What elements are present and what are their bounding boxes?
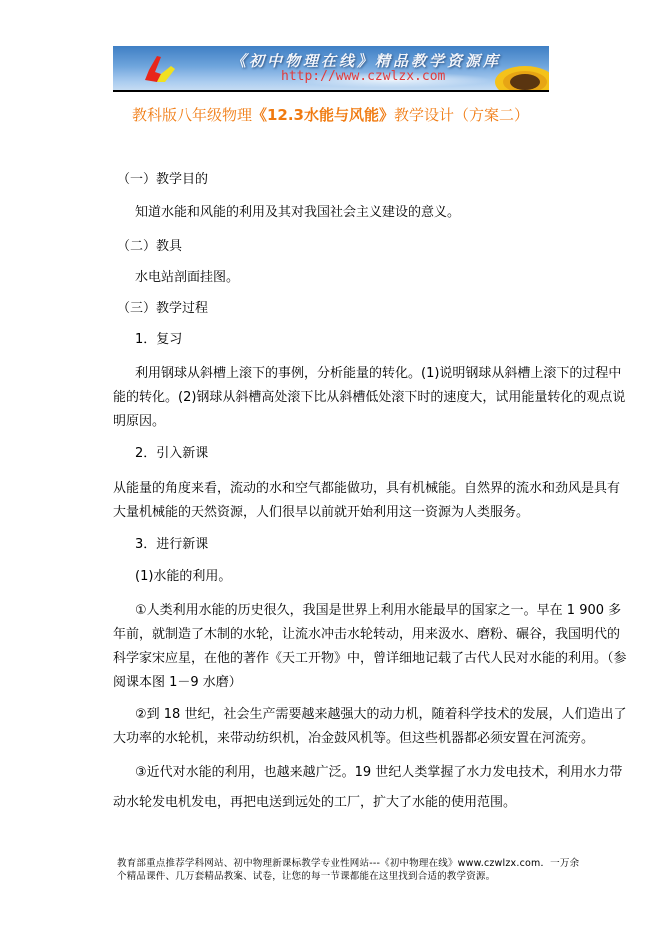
paragraph-line: ①人类利用水能的历史很久，我国是世界上利用水能最早的国家之一。早在 1 900 … — [135, 603, 621, 619]
step-label: 1．复习 — [135, 332, 182, 348]
step-label: 2．引入新课 — [135, 446, 208, 462]
cz-logo-icon — [143, 54, 183, 86]
title-suffix: 教学设计（方案二） — [394, 106, 529, 124]
title-bold: 《12.3水能与风能》 — [252, 106, 394, 124]
subheading: (1)水能的利用。 — [135, 569, 231, 585]
section-body: 知道水能和风能的利用及其对我国社会主义建设的意义。 — [135, 205, 460, 221]
paragraph-line: 利用钢球从斜槽上滚下的事例，分析能量的转化。(1)说明钢球从斜槽上滚下的过程中 — [135, 366, 621, 382]
footer-line: 教育部重点推荐学科网站、初中物理新课标教学专业性网站---《初中物理在线》www… — [117, 857, 579, 870]
header-banner: 《初中物理在线》精品教学资源库 http://www.czwlzx.com — [113, 46, 549, 90]
section-body: 水电站剖面挂图。 — [135, 270, 239, 286]
footer-line: 个精品课件、几万套精品教案、试卷，让您的每一节课都能在这里找到合适的教学资源。 — [117, 870, 495, 883]
paragraph-line: 能的转化。(2)钢球从斜槽高处滚下比从斜槽低处滚下时的速度大，试用能量转化的观点… — [113, 390, 625, 406]
paragraph-line: 阅课本图 1－9 水磨） — [113, 675, 242, 691]
section-heading: （二）教具 — [117, 239, 182, 255]
paragraph-line: 从能量的角度来看，流动的水和空气都能做功，具有机械能。自然界的流水和劲风是具有 — [113, 481, 620, 497]
header-rule — [113, 90, 549, 92]
document-title: 教科版八年级物理《12.3水能与风能》教学设计（方案二） — [0, 104, 661, 125]
sunflower-icon — [491, 60, 549, 90]
paragraph-line: 科学家宋应星，在他的著作《天工开物》中，曾详细地记载了古代人民对水能的利用。（参 — [113, 651, 627, 667]
paragraph-line: ③近代对水能的利用，也越来越广泛。19 世纪人类掌握了水力发电技术，利用水力带 — [135, 765, 622, 781]
paragraph-line: 大功率的水轮机，来带动纺织机，冶金鼓风机等。但这些机器都必须安置在河流旁。 — [113, 731, 594, 747]
paragraph-line: 动水轮发电机发电，再把电送到远处的工厂，扩大了水能的使用范围。 — [113, 795, 516, 811]
section-heading: （一）教学目的 — [117, 172, 208, 188]
paragraph-line: 明原因。 — [113, 414, 165, 430]
paragraph-line: 大量机械能的天然资源，人们很早以前就开始利用这一资源为人类服务。 — [113, 505, 529, 521]
banner-title: 《初中物理在线》精品教学资源库 — [231, 50, 501, 71]
paragraph-line: 年前，就制造了木制的水轮，让流水冲击水轮转动，用来汲水、磨粉、碾谷，我国明代的 — [113, 627, 620, 643]
paragraph-line: ②到 18 世纪，社会生产需要越来越强大的动力机，随着科学技术的发展，人们造出了 — [135, 707, 626, 723]
step-label: 3．进行新课 — [135, 537, 208, 553]
banner-url[interactable]: http://www.czwlzx.com — [281, 69, 445, 84]
section-heading: （三）教学过程 — [117, 301, 208, 317]
title-prefix: 教科版八年级物理 — [132, 106, 252, 124]
